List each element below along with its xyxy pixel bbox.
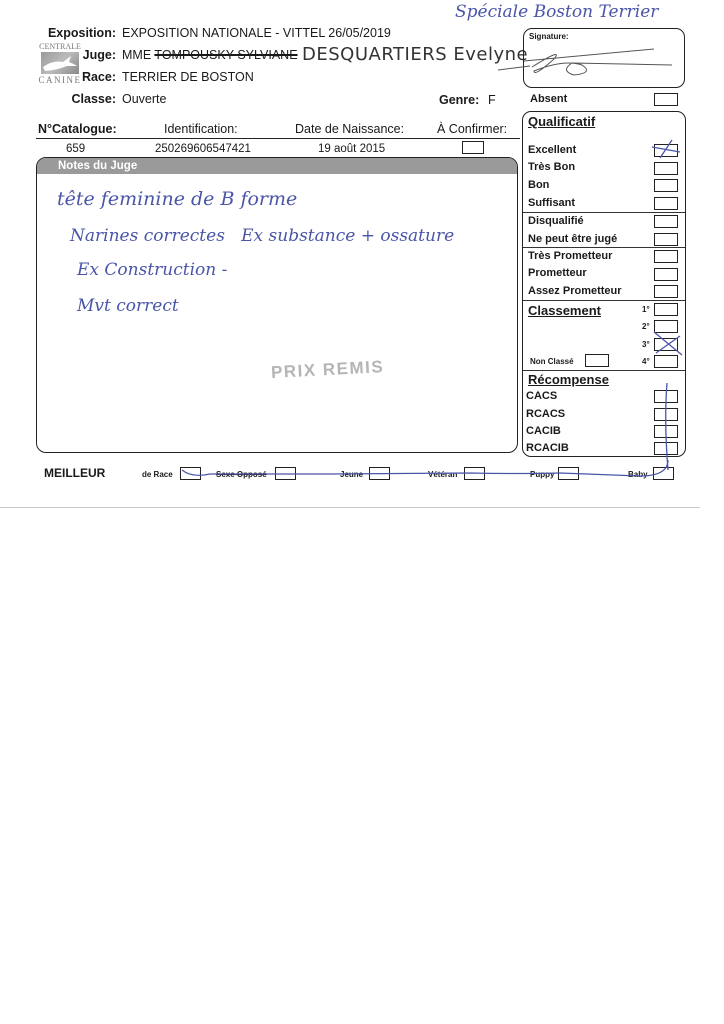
meilleur-veteran-checkbox[interactable] — [464, 467, 485, 480]
meilleur-title: MEILLEUR — [44, 466, 105, 480]
confirmer-checkbox[interactable] — [462, 141, 484, 154]
juge-label: Juge: — [0, 48, 116, 62]
meilleur-sexe-oppose-checkbox[interactable] — [275, 467, 296, 480]
non-classe-label: Non Classé — [530, 357, 574, 366]
recompense-rcacib: RCACIB — [526, 442, 569, 454]
qualif-assez-prometteur: Assez Prometteur — [528, 285, 622, 297]
col-confirmer: À Confirmer: — [437, 122, 507, 136]
results-panel: Qualificatif Excellent Très Bon Bon Suff… — [522, 111, 686, 457]
non-classe-checkbox[interactable] — [585, 354, 609, 367]
notes-title-bar: Notes du Juge — [37, 158, 517, 174]
classe-label: Classe: — [0, 92, 116, 106]
juge-prefix: MME — [122, 48, 151, 62]
signature-scribble — [524, 29, 684, 87]
qualif-ne-peut-etre-juge: Ne peut être jugé — [528, 233, 617, 245]
recompense-cacs: CACS — [526, 390, 557, 402]
race-value: TERRIER DE BOSTON — [122, 70, 254, 84]
qualif-excellent-checkbox[interactable] — [654, 144, 678, 157]
meilleur-baby-checkbox[interactable] — [653, 467, 674, 480]
juge-struck-name: TOMPOUSKY SYLVIANE — [154, 48, 297, 62]
col-naissance: Date de Naissance: — [295, 122, 404, 136]
meilleur-veteran-label: Vétéran — [428, 470, 457, 479]
catalogue-divider — [36, 138, 520, 139]
qualif-suffisant-checkbox[interactable] — [654, 197, 678, 210]
place-4-checkbox[interactable] — [654, 355, 678, 368]
col-identification: Identification: — [164, 122, 238, 136]
place-3-checkbox[interactable] — [654, 338, 678, 351]
exposition-label: Exposition: — [0, 26, 116, 40]
place-1-label: 1° — [642, 305, 650, 314]
meilleur-jeune-checkbox[interactable] — [369, 467, 390, 480]
page-edge-line — [0, 507, 700, 508]
qualif-separator-2 — [523, 247, 685, 248]
absent-checkbox[interactable] — [654, 93, 678, 106]
classement-title: Classement — [528, 303, 601, 318]
notes-line-1: tête feminine de B forme — [57, 188, 297, 210]
qualif-prometteur: Prometteur — [528, 267, 587, 279]
juge-value: MME TOMPOUSKY SYLVIANE — [122, 48, 298, 62]
qualif-tres-bon: Très Bon — [528, 161, 575, 173]
recompense-separator — [523, 370, 685, 371]
place-4-label: 4° — [642, 357, 650, 366]
qualif-tres-prometteur: Très Prometteur — [528, 250, 612, 262]
meilleur-de-race-label: de Race — [142, 470, 173, 479]
catalogue-birthdate: 19 août 2015 — [318, 143, 385, 155]
handwritten-header-note: Spéciale Boston Terrier — [455, 2, 658, 22]
qualif-suffisant: Suffisant — [528, 197, 575, 209]
notes-line-4: Mvt correct — [77, 296, 179, 316]
catalogue-identification: 250269606547421 — [155, 143, 251, 155]
qualif-tres-prometteur-checkbox[interactable] — [654, 250, 678, 263]
recompense-title: Récompense — [528, 372, 609, 387]
qualif-tres-bon-checkbox[interactable] — [654, 162, 678, 175]
qualificatif-title: Qualificatif — [528, 114, 595, 129]
juge-handwritten-name: DESQUARTIERS Evelyne — [302, 44, 528, 65]
qualif-excellent: Excellent — [528, 144, 576, 156]
recompense-rcacib-checkbox[interactable] — [654, 442, 678, 455]
recompense-rcacs-checkbox[interactable] — [654, 408, 678, 421]
place-2-checkbox[interactable] — [654, 320, 678, 333]
place-2-label: 2° — [642, 322, 650, 331]
classe-value: Ouverte — [122, 92, 166, 106]
qualif-disqualifie-checkbox[interactable] — [654, 215, 678, 228]
signature-box[interactable]: Signature: — [523, 28, 685, 88]
col-catalogue: N°Catalogue: — [38, 122, 117, 136]
meilleur-puppy-label: Puppy — [530, 470, 554, 479]
recompense-cacib: CACIB — [526, 425, 561, 437]
meilleur-de-race-checkbox[interactable] — [180, 467, 201, 480]
genre-label: Genre: — [439, 93, 479, 107]
qualif-prometteur-checkbox[interactable] — [654, 268, 678, 281]
prix-remis-stamp: PRIX REMIS — [271, 357, 385, 383]
qualif-bon-checkbox[interactable] — [654, 179, 678, 192]
recompense-rcacs: RCACS — [526, 408, 565, 420]
meilleur-baby-label: Baby — [628, 470, 648, 479]
notes-panel: Notes du Juge tête feminine de B forme N… — [36, 157, 518, 453]
qualif-ne-peut-etre-juge-checkbox[interactable] — [654, 233, 678, 246]
notes-line-3: Ex Construction - — [77, 260, 227, 280]
qualif-bon: Bon — [528, 179, 549, 191]
qualif-assez-prometteur-checkbox[interactable] — [654, 285, 678, 298]
exposition-value: EXPOSITION NATIONALE - VITTEL 26/05/2019 — [122, 26, 391, 40]
qualif-disqualifie: Disqualifié — [528, 215, 584, 227]
meilleur-jeune-label: Jeune — [340, 470, 363, 479]
absent-label: Absent — [530, 93, 567, 105]
place-1-checkbox[interactable] — [654, 303, 678, 316]
meilleur-puppy-checkbox[interactable] — [558, 467, 579, 480]
qualif-separator-1 — [523, 212, 685, 213]
meilleur-sexe-oppose-label: Sexe Opposé — [216, 470, 267, 479]
recompense-cacs-checkbox[interactable] — [654, 390, 678, 403]
genre-value: F — [488, 93, 496, 107]
recompense-cacib-checkbox[interactable] — [654, 425, 678, 438]
catalogue-number: 659 — [66, 143, 85, 155]
classement-separator — [523, 300, 685, 301]
race-label: Race: — [0, 70, 116, 84]
notes-line-2: Narines correctes Ex substance + ossatur… — [70, 226, 454, 246]
place-3-label: 3° — [642, 340, 650, 349]
